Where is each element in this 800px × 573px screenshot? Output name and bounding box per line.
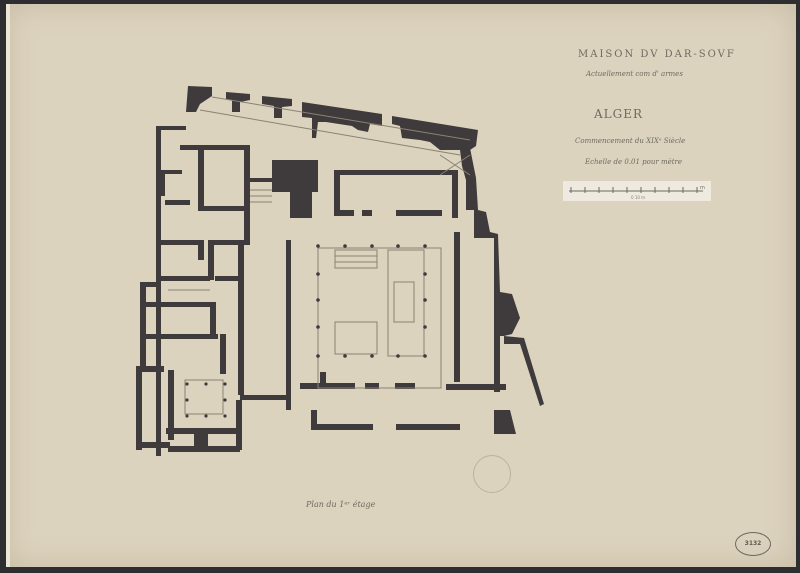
walls (136, 86, 544, 456)
column-dots (185, 244, 426, 417)
floor-plan (0, 0, 800, 573)
library-stamp: 3132 (735, 532, 771, 556)
faint-library-stamp (473, 455, 511, 493)
plan-label: Plan du 1ᵉʳ étage (306, 500, 375, 509)
